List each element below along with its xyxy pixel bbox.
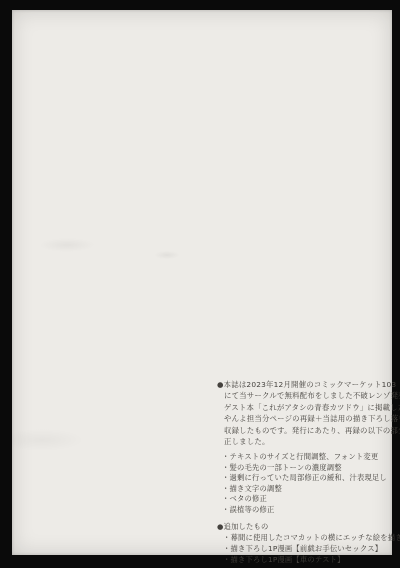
correction-item: ・描き文字の調整 <box>222 484 400 495</box>
addition-item: ・描き下ろし1P漫画【前戯お手伝いセックス】 <box>217 544 400 555</box>
correction-item: ・ベタの修正 <box>222 494 400 505</box>
intro-paragraph: ●本誌は2023年12月開催のコミックマーケット103 にて当サークルで無料配布… <box>217 379 400 447</box>
intro-line: 正しました。 <box>217 436 400 447</box>
correction-item: ・過剰に行っていた局部修正の緩和、汁表現足し <box>222 473 400 484</box>
intro-line: ●本誌は2023年12月開催のコミックマーケット103 <box>217 379 400 390</box>
corrections-list: ・テキストのサイズと行間調整、フォント変更 ・髪の毛先の一部トーンの濃度調整 ・… <box>217 452 400 515</box>
additions-heading: ●追加したもの <box>217 522 400 533</box>
additions-section: ●追加したもの ・幕間に使用したコマカットの横にエッチな絵を描き下ろし ・描き下… <box>217 522 400 565</box>
correction-item: ・髪の毛先の一部トーンの濃度調整 <box>222 463 400 474</box>
intro-line: にて当サークルで無料配布をしました不破レンゾ発売 <box>217 390 400 401</box>
intro-line: ゲスト本「これがアタシの青春カツドウ」に掲載した <box>217 402 400 413</box>
afterword-text-block: ●本誌は2023年12月開催のコミックマーケット103 にて当サークルで無料配布… <box>217 379 400 565</box>
intro-line: 収録したものです。発行にあたり、再録の以下の部分を <box>217 425 400 436</box>
intro-line: やんよ担当分ページの再録＋当誌用の描き下ろし落書きを <box>217 413 400 424</box>
correction-item: ・テキストのサイズと行間調整、フォント変更 <box>222 452 400 463</box>
correction-item: ・誤植等の修正 <box>222 505 400 516</box>
addition-item: ・描き下ろし1P漫画【車のテスト】 <box>217 555 400 566</box>
paper-page: ●本誌は2023年12月開催のコミックマーケット103 にて当サークルで無料配布… <box>12 10 392 555</box>
addition-item: ・幕間に使用したコマカットの横にエッチな絵を描き下ろし <box>217 533 400 544</box>
scanned-page: ●本誌は2023年12月開催のコミックマーケット103 にて当サークルで無料配布… <box>0 0 400 568</box>
